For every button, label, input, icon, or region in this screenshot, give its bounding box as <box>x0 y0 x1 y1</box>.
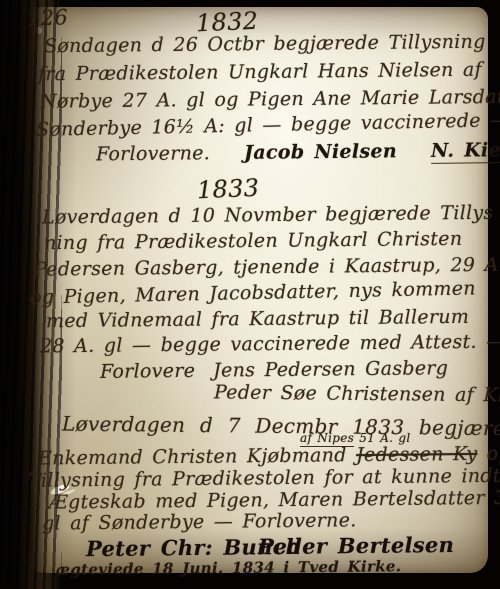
entry2-witness-row: ForlovereJens Pedersen Gasberg <box>100 359 448 382</box>
entry1-witness-2: N. Kielland <box>431 139 500 164</box>
year-heading-1832: 1832 <box>196 9 259 36</box>
entry1-witness-label: Forloverne. <box>96 142 210 165</box>
marriage-footer-note: ægteviede 18 Juni. 1834 i Tved Kirke. <box>56 559 401 578</box>
entry2-witness-label: Forlovere <box>100 360 195 383</box>
entry3-line2-post: og <box>477 443 500 465</box>
entry3-line2-struck: Jedessen Ky <box>356 443 478 466</box>
entry3-line2-pre: Enkemand Christen Kjøbmand <box>38 444 356 469</box>
entry3-line5: gl af Sønderbye — Forloverne. <box>42 511 357 533</box>
entry1-witness-1: Jacob Nielsen <box>244 140 397 164</box>
entry1-line3: Nørbye 27 A. gl og Pigen Ane Marie Larsd… <box>40 87 500 111</box>
entry3-date-line: Løverdagen d 7 Decmbr 1833 begjærede <box>62 414 500 439</box>
entry1-witness-row: Forloverne.Jacob NielsenN. Kielland <box>96 141 500 165</box>
entry2-line6: 28 A. gl — begge vaccinerede med Attest.… <box>40 333 500 357</box>
entry3-insertion: af Nipes 51 A. gl <box>300 432 411 444</box>
entry1-line2: fra Prædikestolen Ungkarl Hans Nielsen a… <box>38 61 482 85</box>
year-heading-1833: 1833 <box>197 176 260 203</box>
signature-2: Peder Bertelsen <box>258 534 454 557</box>
entry3-line4: i Ægteskab med Pigen, Maren Bertelsdatte… <box>33 488 500 512</box>
entry2-witness-1: Jens Pedersen Gasberg <box>213 357 448 381</box>
entry2-line5: med Vidnemaal fra Kaastrup til Ballerum <box>46 308 469 331</box>
entry2-witness-2: Peder Søe Christensen af Klüs <box>214 383 500 405</box>
entry1-line1: Søndagen d 26 Octbr begjærede Tillysning <box>44 33 486 57</box>
entry2-line2: ning fra Prædikestolen Ungkarl Christen <box>44 230 463 253</box>
page-number: 126 <box>27 7 69 30</box>
entry2-line1: Løverdagen d 10 Novmber begjærede Tillys… <box>42 204 500 228</box>
photo-frame: 126 1832 Søndagen d 26 Octbr begjærede T… <box>0 0 500 589</box>
entry2-line3: Pedersen Gasberg, tjenende i Kaastrup, 2… <box>34 255 500 279</box>
